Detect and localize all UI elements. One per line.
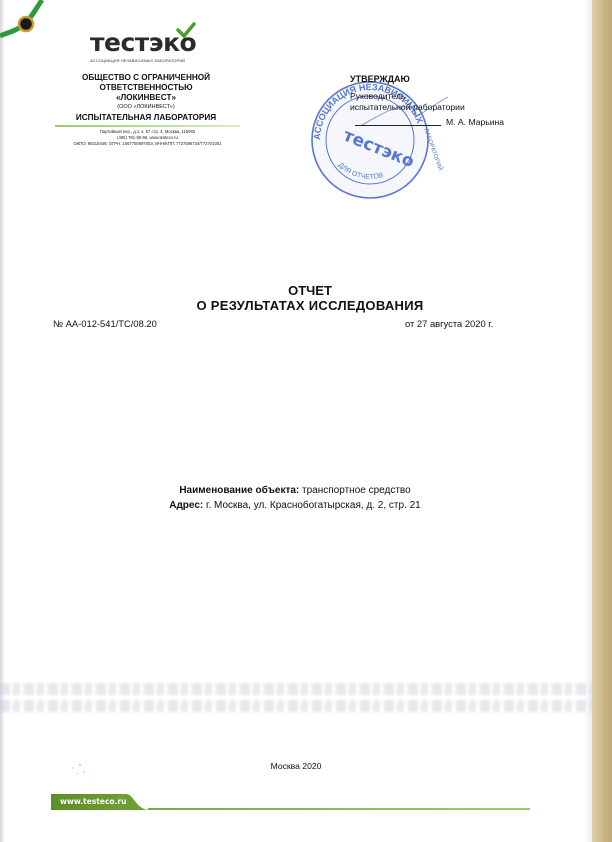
object-name-label: Наименование объекта:	[179, 485, 299, 496]
lab-name: ИСПЫТАТЕЛЬНАЯ ЛАБОРАТОРИЯ	[56, 113, 236, 122]
org-registration: ОКПО: 98318449; ОГРН: 1067750697003; ИНН…	[50, 141, 245, 147]
lab-divider	[55, 125, 240, 127]
footer-divider	[148, 808, 530, 810]
report-cover-page: тестэко АССОЦИАЦИЯ НЕЗАВИСИМЫХ ЛАБОРАТОР…	[0, 0, 612, 842]
signature-icon	[360, 95, 450, 135]
report-number: № АА-012-541/ТС/08.20	[53, 318, 157, 329]
footer-website-link[interactable]: www.testeco.ru	[60, 797, 126, 806]
org-name-line1: ОБЩЕСТВО С ОГРАНИЧЕННОЙ	[56, 73, 236, 83]
approval-heading: УТВЕРЖДАЮ	[350, 74, 410, 84]
logo-wordmark: тестэко	[90, 30, 196, 56]
report-date: от 27 августа 2020 г.	[405, 318, 493, 329]
org-name-line2: ОТВЕТСТВЕННОСТЬЮ	[56, 83, 236, 93]
binding-cord-icon	[0, 0, 60, 45]
redacted-line	[0, 700, 592, 712]
redacted-text-band	[0, 678, 592, 724]
approver-name: М. А. Марьина	[446, 117, 504, 127]
logo-tagline: АССОЦИАЦИЯ НЕЗАВИСИМЫХ ЛАБОРАТОРИЙ	[90, 58, 185, 63]
object-address: Адрес: г. Москва, ул. Краснобогатырская,…	[0, 500, 590, 511]
report-title: ОТЧЕТ	[0, 283, 600, 298]
city-year: Москва 2020	[0, 761, 592, 771]
org-short-name: (ООО «ЛОКИНВЕСТ»)	[56, 104, 236, 110]
object-address-value: г. Москва, ул. Краснобогатырская, д. 2, …	[203, 500, 421, 511]
report-subtitle: О РЕЗУЛЬТАТАХ ИССЛЕДОВАНИЯ	[0, 298, 600, 313]
object-name: Наименование объекта: транспортное средс…	[0, 485, 590, 496]
signature-line	[355, 125, 441, 126]
redacted-line	[0, 683, 592, 695]
binder-strip	[592, 0, 612, 842]
object-name-value: транспортное средство	[299, 485, 410, 496]
org-name-line3: «ЛОКИНВЕСТ»	[56, 93, 236, 103]
object-address-label: Адрес:	[169, 500, 203, 511]
